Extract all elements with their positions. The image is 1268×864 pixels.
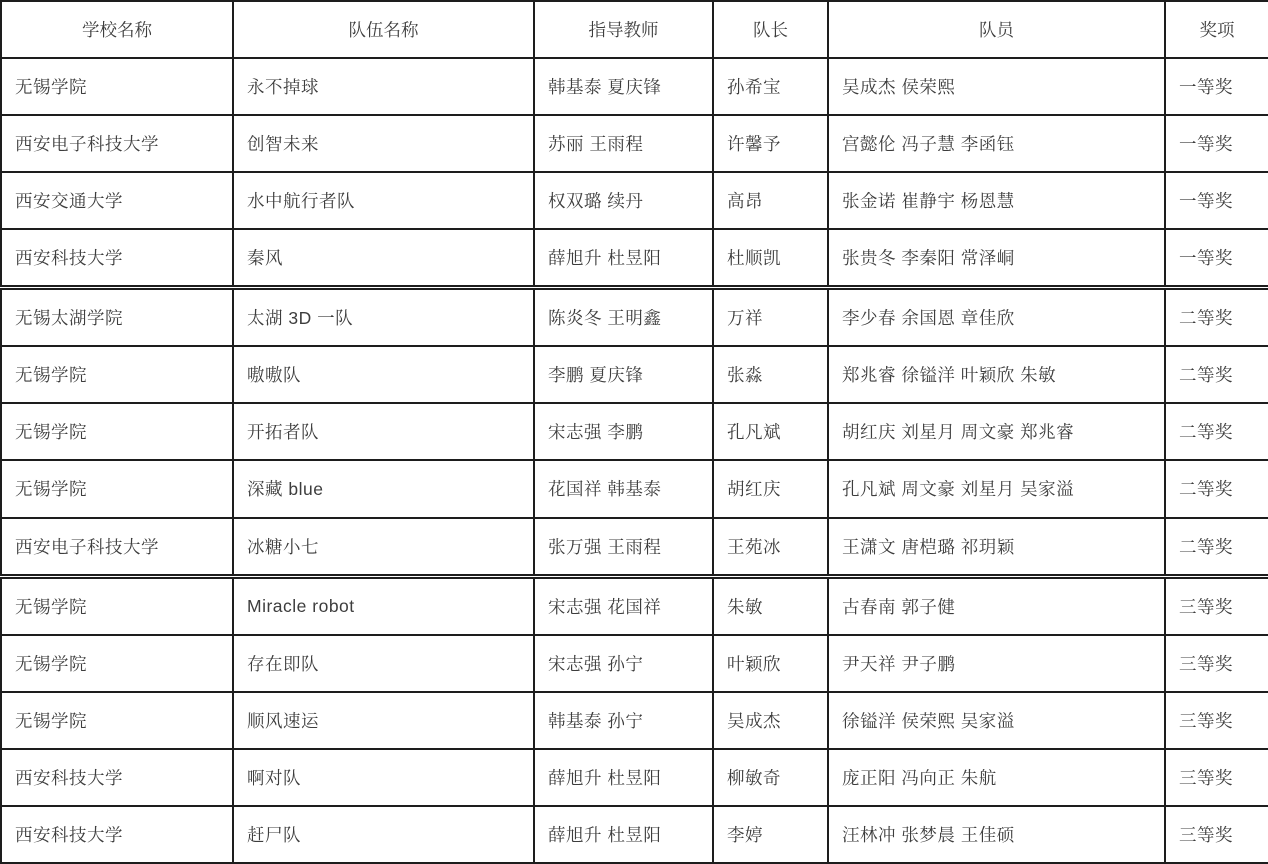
cell-members: 古春南 郭子健 [828,576,1165,635]
cell-award: 一等奖 [1165,172,1268,229]
cell-school: 无锡学院 [1,460,233,517]
cell-team: 太湖 3D 一队 [233,288,534,347]
cell-members: 尹天祥 尹子鹏 [828,635,1165,692]
cell-members: 张金诺 崔静宇 杨恩慧 [828,172,1165,229]
cell-members: 宫懿伦 冯子慧 李函钰 [828,115,1165,172]
cell-advisor: 宋志强 李鹏 [534,403,713,460]
cell-award: 三等奖 [1165,635,1268,692]
cell-advisor: 宋志强 孙宁 [534,635,713,692]
cell-team: 顺风速运 [233,692,534,749]
cell-captain: 柳敏奇 [713,749,828,806]
table-row: 西安电子科技大学冰糖小七张万强 王雨程王苑冰王潇文 唐桤璐 祁玥颖二等奖 [1,518,1268,577]
cell-captain: 高昂 [713,172,828,229]
cell-captain: 王苑冰 [713,518,828,577]
table-row: 西安科技大学赶尸队薛旭升 杜昱阳李婷汪林冲 张梦晨 王佳硕三等奖 [1,806,1268,863]
cell-advisor: 宋志强 花国祥 [534,576,713,635]
cell-captain: 朱敏 [713,576,828,635]
page: 学校名称队伍名称指导教师队长队员奖项 无锡学院永不掉球韩基泰 夏庆锋孙希宝吴成杰… [0,0,1268,864]
cell-advisor: 苏丽 王雨程 [534,115,713,172]
cell-team: 存在即队 [233,635,534,692]
cell-school: 无锡学院 [1,692,233,749]
cell-members: 孔凡斌 周文豪 刘星月 吴家溢 [828,460,1165,517]
table-header: 学校名称队伍名称指导教师队长队员奖项 [1,1,1268,58]
table-row: 无锡学院永不掉球韩基泰 夏庆锋孙希宝吴成杰 侯荣熙一等奖 [1,58,1268,115]
table-row: 无锡学院Miracle robot宋志强 花国祥朱敏古春南 郭子健三等奖 [1,576,1268,635]
awards-table: 学校名称队伍名称指导教师队长队员奖项 无锡学院永不掉球韩基泰 夏庆锋孙希宝吴成杰… [0,0,1268,864]
cell-school: 无锡学院 [1,58,233,115]
table-row: 西安电子科技大学创智未来苏丽 王雨程许馨予宫懿伦 冯子慧 李函钰一等奖 [1,115,1268,172]
cell-members: 汪林冲 张梦晨 王佳硕 [828,806,1165,863]
cell-award: 三等奖 [1165,806,1268,863]
cell-captain: 孔凡斌 [713,403,828,460]
column-header-members: 队员 [828,1,1165,58]
cell-team: 冰糖小七 [233,518,534,577]
cell-school: 无锡学院 [1,346,233,403]
cell-members: 胡红庆 刘星月 周文豪 郑兆睿 [828,403,1165,460]
table-row: 无锡学院顺风速运韩基泰 孙宁吴成杰徐镒洋 侯荣熙 吴家溢三等奖 [1,692,1268,749]
cell-school: 无锡太湖学院 [1,288,233,347]
cell-advisor: 薛旭升 杜昱阳 [534,229,713,288]
table-row: 无锡学院开拓者队宋志强 李鹏孔凡斌胡红庆 刘星月 周文豪 郑兆睿二等奖 [1,403,1268,460]
cell-captain: 吴成杰 [713,692,828,749]
cell-school: 西安电子科技大学 [1,518,233,577]
cell-team: 深藏 blue [233,460,534,517]
column-header-captain: 队长 [713,1,828,58]
table-row: 西安科技大学啊对队薛旭升 杜昱阳柳敏奇庞正阳 冯向正 朱航三等奖 [1,749,1268,806]
column-header-school: 学校名称 [1,1,233,58]
cell-school: 西安电子科技大学 [1,115,233,172]
cell-team: 开拓者队 [233,403,534,460]
cell-captain: 孙希宝 [713,58,828,115]
cell-advisor: 薛旭升 杜昱阳 [534,749,713,806]
table-row: 无锡太湖学院太湖 3D 一队陈炎冬 王明鑫万祥李少春 余国恩 章佳欣二等奖 [1,288,1268,347]
cell-award: 一等奖 [1165,58,1268,115]
cell-team: 嗷嗷队 [233,346,534,403]
cell-advisor: 花国祥 韩基泰 [534,460,713,517]
cell-team: 永不掉球 [233,58,534,115]
cell-captain: 万祥 [713,288,828,347]
cell-school: 无锡学院 [1,635,233,692]
cell-members: 李少春 余国恩 章佳欣 [828,288,1165,347]
cell-captain: 张淼 [713,346,828,403]
cell-team: 创智未来 [233,115,534,172]
cell-school: 西安科技大学 [1,806,233,863]
table-row: 无锡学院嗷嗷队李鹏 夏庆锋张淼郑兆睿 徐镒洋 叶颖欣 朱敏二等奖 [1,346,1268,403]
cell-members: 徐镒洋 侯荣熙 吴家溢 [828,692,1165,749]
column-header-team: 队伍名称 [233,1,534,58]
table-row: 无锡学院深藏 blue花国祥 韩基泰胡红庆孔凡斌 周文豪 刘星月 吴家溢二等奖 [1,460,1268,517]
cell-award: 二等奖 [1165,346,1268,403]
cell-award: 二等奖 [1165,460,1268,517]
cell-award: 二等奖 [1165,403,1268,460]
table-row: 西安交通大学水中航行者队权双璐 续丹高昂张金诺 崔静宇 杨恩慧一等奖 [1,172,1268,229]
cell-advisor: 权双璐 续丹 [534,172,713,229]
cell-captain: 李婷 [713,806,828,863]
cell-team: Miracle robot [233,576,534,635]
cell-award: 三等奖 [1165,576,1268,635]
cell-school: 无锡学院 [1,576,233,635]
cell-members: 张贵冬 李秦阳 常泽峒 [828,229,1165,288]
column-header-award: 奖项 [1165,1,1268,58]
column-header-advisor: 指导教师 [534,1,713,58]
cell-advisor: 张万强 王雨程 [534,518,713,577]
cell-advisor: 韩基泰 孙宁 [534,692,713,749]
cell-school: 无锡学院 [1,403,233,460]
cell-members: 郑兆睿 徐镒洋 叶颖欣 朱敏 [828,346,1165,403]
cell-members: 吴成杰 侯荣熙 [828,58,1165,115]
cell-advisor: 李鹏 夏庆锋 [534,346,713,403]
cell-members: 王潇文 唐桤璐 祁玥颖 [828,518,1165,577]
cell-captain: 叶颖欣 [713,635,828,692]
cell-school: 西安科技大学 [1,229,233,288]
cell-team: 赶尸队 [233,806,534,863]
cell-members: 庞正阳 冯向正 朱航 [828,749,1165,806]
cell-advisor: 薛旭升 杜昱阳 [534,806,713,863]
cell-team: 水中航行者队 [233,172,534,229]
cell-team: 啊对队 [233,749,534,806]
cell-advisor: 陈炎冬 王明鑫 [534,288,713,347]
cell-captain: 杜顺凯 [713,229,828,288]
cell-school: 西安交通大学 [1,172,233,229]
cell-award: 一等奖 [1165,229,1268,288]
cell-school: 西安科技大学 [1,749,233,806]
cell-advisor: 韩基泰 夏庆锋 [534,58,713,115]
table-body: 无锡学院永不掉球韩基泰 夏庆锋孙希宝吴成杰 侯荣熙一等奖西安电子科技大学创智未来… [1,58,1268,863]
header-row: 学校名称队伍名称指导教师队长队员奖项 [1,1,1268,58]
cell-award: 一等奖 [1165,115,1268,172]
cell-award: 三等奖 [1165,749,1268,806]
cell-captain: 许馨予 [713,115,828,172]
cell-award: 二等奖 [1165,518,1268,577]
table-row: 西安科技大学秦风薛旭升 杜昱阳杜顺凯张贵冬 李秦阳 常泽峒一等奖 [1,229,1268,288]
cell-award: 二等奖 [1165,288,1268,347]
cell-award: 三等奖 [1165,692,1268,749]
cell-team: 秦风 [233,229,534,288]
table-row: 无锡学院存在即队宋志强 孙宁叶颖欣尹天祥 尹子鹏三等奖 [1,635,1268,692]
cell-captain: 胡红庆 [713,460,828,517]
